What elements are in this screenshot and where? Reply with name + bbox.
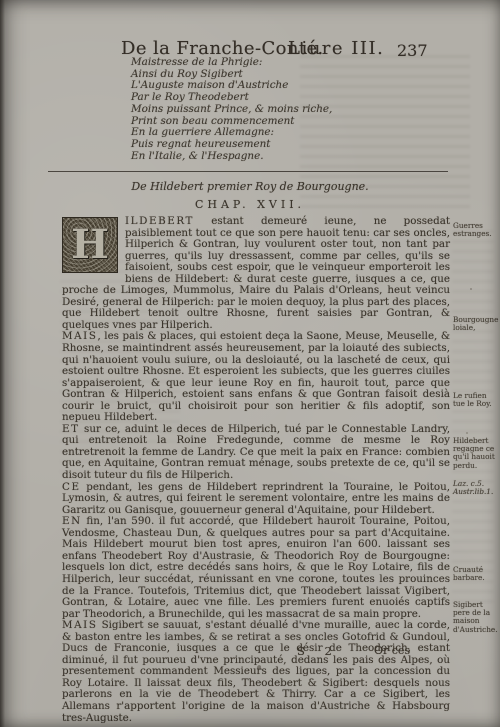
paragraph: EN fin, l'an 590. il fut accordé, que Hi…	[62, 516, 450, 620]
running-title-volume: Liure III.	[288, 38, 384, 59]
verse-line: Maistresse de la Phrigie:	[131, 57, 332, 69]
paragraph-text: , les pais & places, qui estoient deça l…	[62, 330, 450, 423]
paragraph-lead: EN	[62, 515, 82, 527]
ink-spot	[466, 432, 468, 434]
chapter-heading: CHAP. XVII.	[0, 198, 500, 211]
drop-cap-letter: H	[71, 225, 109, 265]
paragraph-text: Sigibert se sauuat, s'estant déuallé d'v…	[62, 619, 450, 723]
verse-line: Moins puissant Prince, & moins riche,	[131, 104, 332, 116]
paragraph-lead: CE	[62, 481, 81, 493]
paragraph: CE pendant, les gens de Hildebert reprin…	[62, 482, 450, 517]
paragraph-lead: MAIS	[62, 330, 98, 342]
bleed-through-texture	[452, 230, 494, 610]
paragraph: ET sur ce, aduint le deces de Hilperich,…	[62, 424, 450, 482]
paragraph-lead: ILDEBERT	[125, 215, 194, 227]
margin-note: Guerres estranges.	[453, 222, 498, 238]
margin-note: Sigibert pere de la maison d'Austriche.	[453, 601, 498, 634]
paragraph-lead: MAIS	[62, 619, 98, 631]
verse-line: Puis regnat heureusement	[131, 139, 332, 151]
verse-block: Maistresse de la Phrigie: Ainsi du Roy S…	[131, 57, 332, 162]
margin-note: Hildebert regagne ce qu'il hauoit perdu.	[453, 437, 498, 470]
paragraph: MAIS, les pais & places, qui estoient de…	[62, 331, 450, 423]
section-divider-rule	[48, 171, 448, 172]
ink-spot	[470, 288, 472, 290]
page-number: 237	[397, 41, 428, 60]
verse-line: En l'Italie, & l'Hespagne.	[131, 151, 332, 163]
paragraph: MAIS Sigibert se sauuat, s'estant déuall…	[62, 620, 450, 724]
paragraph-text: pendant, les gens de Hildebert reprindre…	[62, 481, 450, 516]
margin-note: Le rufien tue le Roy.	[453, 392, 498, 408]
decorated-initial: H	[62, 217, 118, 273]
catchword: Or ces	[374, 644, 410, 657]
signature-mark: S 2	[297, 644, 340, 658]
paragraph: HILDEBERT estant demeuré ieune, ne posse…	[62, 216, 450, 331]
margin-note-citation: Laz. c.5. Austr.lib.1.	[453, 480, 498, 496]
paragraph-text: estant demeuré ieune, ne possedat paisib…	[62, 215, 450, 331]
binding-edge	[0, 0, 5, 727]
paragraph-text: sur ce, aduint le deces de Hilperich, tu…	[62, 423, 450, 481]
paragraph-text: fin, l'an 590. il fut accordé, que Hilde…	[62, 515, 450, 619]
paragraph-lead: ET	[62, 423, 80, 435]
margin-note: Bourgougne loiale,	[453, 316, 498, 332]
margin-note: Cruauté barbare.	[453, 566, 498, 582]
scanned-book-page: De la Franche-Conté. Liure III. 237 Mais…	[0, 0, 500, 727]
section-title: De Hildebert premier Roy de Bourgougne.	[0, 180, 500, 193]
